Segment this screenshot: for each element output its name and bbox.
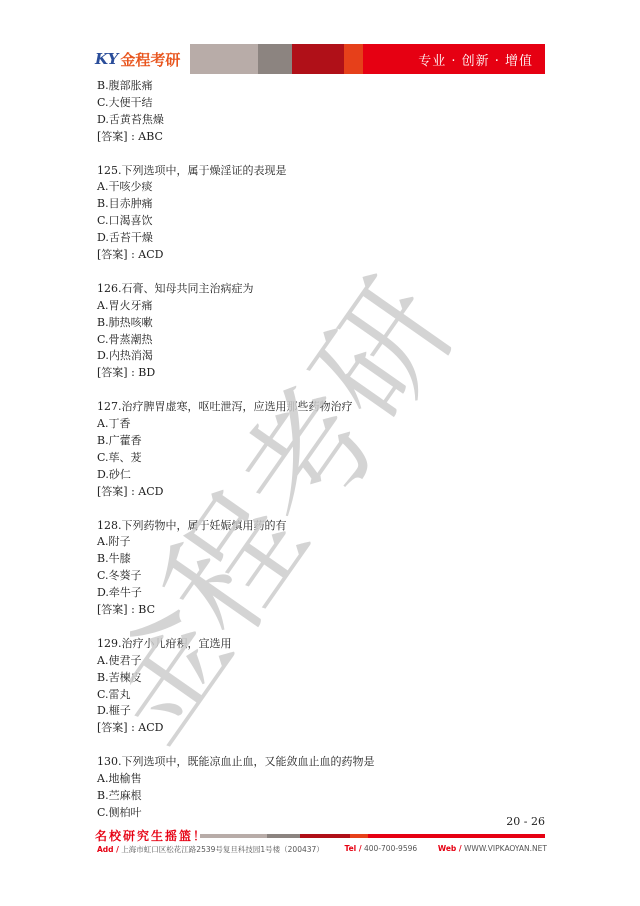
option-line: A.胃火牙痛: [97, 298, 537, 315]
page-number: 20 - 26: [506, 815, 545, 828]
address-text: 上海市虹口区松花江路2539号复旦科技园1号楼（200437）: [121, 845, 324, 854]
question-content: B.腹部胀痛C.大便干结D.舌黄苔焦燥[答案] : ABC125.下列选项中，属…: [97, 78, 537, 822]
question-stem: 126.石膏、知母共同主治病症为: [97, 281, 537, 298]
question-stem: 129.治疗小儿疳积，宜选用: [97, 636, 537, 653]
option-line: A.干咳少痰: [97, 179, 537, 196]
brand-logo: KY 金程考研: [95, 44, 190, 74]
header-band-orange: [344, 44, 363, 74]
option-line: D.舌黄苔焦燥: [97, 112, 537, 129]
option-line: C.荜、茇: [97, 450, 537, 467]
answer-line: [答案] : ACD: [97, 484, 537, 501]
option-line: A.使君子: [97, 653, 537, 670]
answer-line: [答案] : ACD: [97, 720, 537, 737]
option-line: B.广藿香: [97, 433, 537, 450]
option-line: C.侧柏叶: [97, 805, 537, 822]
option-line: B.目赤肿痛: [97, 196, 537, 213]
footer-slogan: 名校研究生摇篮！: [95, 827, 207, 844]
option-line: C.口渴喜饮: [97, 213, 537, 230]
option-line: A.附子: [97, 534, 537, 551]
option-line: B.腹部胀痛: [97, 78, 537, 95]
blank-line: [97, 146, 537, 163]
option-line: C.骨蒸潮热: [97, 332, 537, 349]
header-band-gray-light: [190, 44, 258, 74]
option-line: D.榧子: [97, 703, 537, 720]
option-line: B.肺热咳嗽: [97, 315, 537, 332]
question-stem: 128.下列药物中，属于妊娠慎用药的有: [97, 518, 537, 535]
page-header: KY 金程考研 专业 · 创新 · 增值: [95, 44, 545, 74]
option-line: D.舌苔干燥: [97, 230, 537, 247]
header-band-dark-red: [292, 44, 344, 74]
option-line: C.雷丸: [97, 687, 537, 704]
tel-text: 400-700-9596: [364, 844, 417, 853]
footer-web: Web / WWW.VIPKAOYAN.NET: [438, 844, 547, 855]
blank-line: [97, 619, 537, 636]
blank-line: [97, 737, 537, 754]
question-stem: 127.治疗脾胃虚寒，呕吐泄泻，应选用那些药物治疗: [97, 399, 537, 416]
option-line: C.大便干结: [97, 95, 537, 112]
answer-line: [答案] : BC: [97, 602, 537, 619]
question-stem: 130.下列选项中，既能凉血止血，又能敛血止血的药物是: [97, 754, 537, 771]
option-line: A.地榆售: [97, 771, 537, 788]
logo-name: 金程考研: [120, 49, 180, 70]
option-line: D.砂仁: [97, 467, 537, 484]
blank-line: [97, 382, 537, 399]
web-label: Web /: [438, 844, 462, 853]
footer-band-gray-light: [200, 834, 267, 838]
footer-band-gray-dark: [267, 834, 300, 838]
answer-line: [答案] : BD: [97, 365, 537, 382]
option-line: B.牛膝: [97, 551, 537, 568]
header-slogan: 专业 · 创新 · 增值: [418, 50, 533, 69]
blank-line: [97, 501, 537, 518]
option-line: D.牵牛子: [97, 585, 537, 602]
option-line: C.冬葵子: [97, 568, 537, 585]
footer-address: Add / 上海市虹口区松花江路2539号复旦科技园1号楼（200437）: [97, 844, 324, 855]
address-label: Add /: [97, 845, 119, 854]
question-stem: 125.下列选项中，属于燥淫证的表现是: [97, 163, 537, 180]
footer-tel: Tel / 400-700-9596: [344, 844, 417, 855]
footer-band-dark-red: [300, 834, 350, 838]
option-line: B.苦楝皮: [97, 670, 537, 687]
header-band-gray-dark: [258, 44, 292, 74]
answer-line: [答案] : ACD: [97, 247, 537, 264]
footer-band-red: [368, 834, 545, 838]
answer-line: [答案] : ABC: [97, 129, 537, 146]
header-slogan-band: 专业 · 创新 · 增值: [363, 44, 545, 74]
web-text: WWW.VIPKAOYAN.NET: [464, 844, 547, 853]
option-line: D.内热消渴: [97, 348, 537, 365]
logo-ky-mark: KY: [95, 50, 118, 68]
option-line: B.苎麻根: [97, 788, 537, 805]
footer-band-orange: [350, 834, 368, 838]
footer-contact: Add / 上海市虹口区松花江路2539号复旦科技园1号楼（200437） Te…: [97, 844, 547, 855]
option-line: A.丁香: [97, 416, 537, 433]
blank-line: [97, 264, 537, 281]
tel-label: Tel /: [344, 844, 361, 853]
